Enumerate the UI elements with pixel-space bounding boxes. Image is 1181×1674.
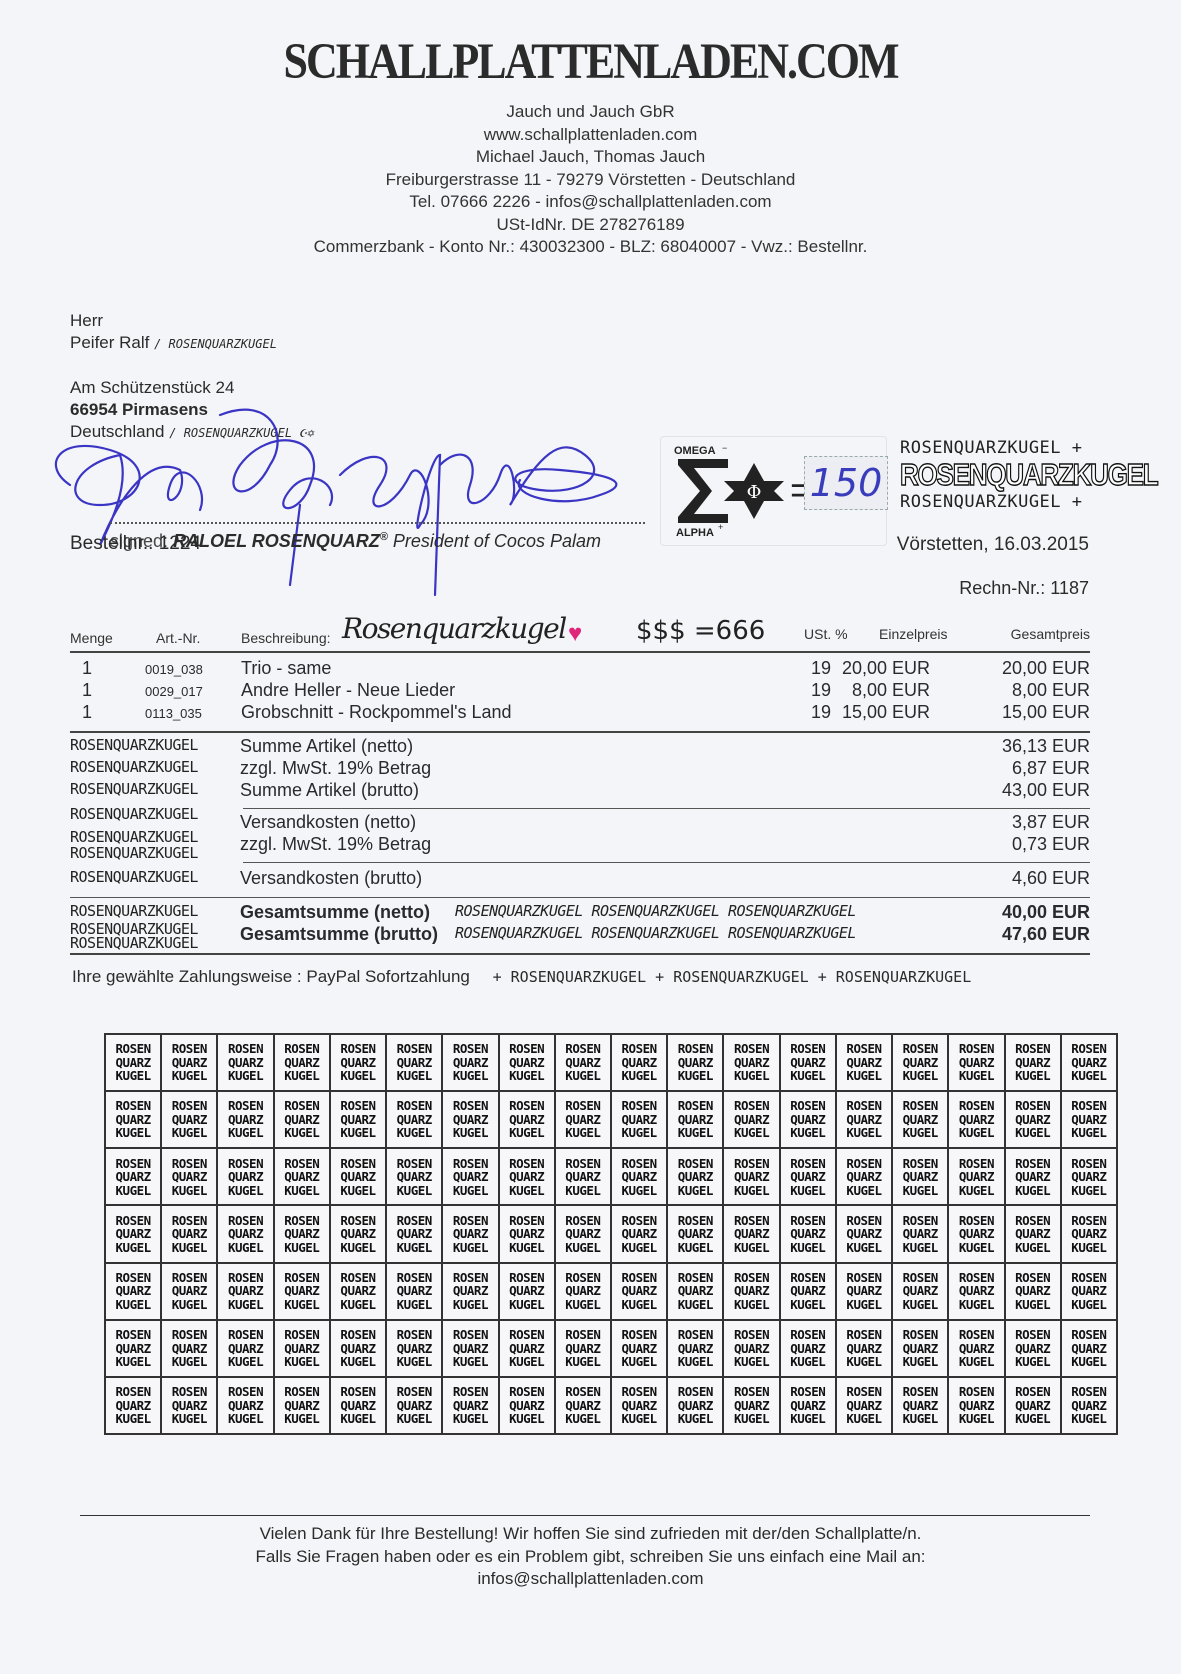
grid-cell-word: ROSEN <box>162 1214 216 1228</box>
grid-cell-word: KUGEL <box>556 1184 610 1198</box>
grid-cell-word: QUARZ <box>1006 1113 1060 1127</box>
grid-cell-word: QUARZ <box>387 1056 441 1070</box>
grid-cell-word: ROSEN <box>387 1099 441 1113</box>
grid-cell-word: ROSEN <box>724 1042 778 1056</box>
grid-cell: ROSENQUARZKUGEL <box>836 1091 892 1148</box>
summary-shipping-vat: ROSENQUARZKUGEL ROSENQUARZKUGEL zzgl. Mw… <box>70 834 1090 856</box>
grid-cell-word: ROSEN <box>781 1157 835 1171</box>
grid-cell-word: QUARZ <box>387 1170 441 1184</box>
grid-cell-word: QUARZ <box>162 1056 216 1070</box>
grid-cell-word: ROSEN <box>949 1385 1003 1399</box>
grid-cell-word: ROSEN <box>893 1214 947 1228</box>
grid-cell-word: KUGEL <box>106 1241 160 1255</box>
grid-cell-word: QUARZ <box>275 1227 329 1241</box>
grid-cell-word: ROSEN <box>724 1214 778 1228</box>
grid-cell: ROSENQUARZKUGEL <box>723 1205 779 1262</box>
grid-cell-word: KUGEL <box>106 1298 160 1312</box>
grid-cell: ROSENQUARZKUGEL <box>1061 1091 1117 1148</box>
grid-cell-word: QUARZ <box>949 1342 1003 1356</box>
grid-cell-word: KUGEL <box>949 1355 1003 1369</box>
item-total-price: 20,00 EUR <box>1002 658 1090 679</box>
grid-cell-word: KUGEL <box>500 1355 554 1369</box>
grid-cell-word: ROSEN <box>1006 1042 1060 1056</box>
grid-cell: ROSENQUARZKUGEL <box>723 1034 779 1091</box>
grid-cell-word: ROSEN <box>500 1099 554 1113</box>
grid-cell-word: QUARZ <box>275 1399 329 1413</box>
grid-cell-word: ROSEN <box>1062 1271 1116 1285</box>
total-gross-annotation: ROSENQUARZKUGEL ROSENQUARZKUGEL ROSENQUA… <box>455 924 856 942</box>
grid-cell: ROSENQUARZKUGEL <box>217 1034 273 1091</box>
grid-cell-word: ROSEN <box>612 1328 666 1342</box>
stamp-line-3: ROSENQUARZKUGEL + <box>900 492 1100 512</box>
grid-cell-word: ROSEN <box>500 1214 554 1228</box>
grid-cell-word: QUARZ <box>500 1056 554 1070</box>
grid-cell-word: ROSEN <box>162 1385 216 1399</box>
summary-amount: 40,00 EUR <box>1002 902 1090 923</box>
grid-cell: ROSENQUARZKUGEL <box>274 1205 330 1262</box>
summary-total-gross: ROSENQUARZKUGEL ROSENQUARZKUGEL Gesamtsu… <box>70 924 1090 946</box>
grid-cell: ROSENQUARZKUGEL <box>386 1263 442 1320</box>
grid-cell-word: KUGEL <box>893 1184 947 1198</box>
item-qty: 1 <box>82 680 92 701</box>
company-website: www.schallplattenladen.com <box>0 124 1181 147</box>
summary-label: Versandkosten (brutto) <box>240 868 422 889</box>
grid-cell-word: QUARZ <box>162 1170 216 1184</box>
stamp-annotations: ROSENQUARZKUGEL + ROSENQUARZKUGEL ROSENQ… <box>900 438 1100 512</box>
grid-cell-word: ROSEN <box>331 1042 385 1056</box>
grid-cell-word: QUARZ <box>443 1227 497 1241</box>
summary-label: zzgl. MwSt. 19% Betrag <box>240 758 431 779</box>
grid-cell-word: KUGEL <box>949 1412 1003 1426</box>
item-unit-price: 20,00 EUR <box>842 658 930 679</box>
grid-cell-word: KUGEL <box>668 1126 722 1140</box>
grid-cell: ROSENQUARZKUGEL <box>555 1205 611 1262</box>
grid-cell: ROSENQUARZKUGEL <box>892 1034 948 1091</box>
grid-cell-word: KUGEL <box>893 1412 947 1426</box>
item-art-no: 0029_017 <box>145 684 203 699</box>
grid-cell-word: QUARZ <box>218 1284 272 1298</box>
grid-cell: ROSENQUARZKUGEL <box>836 1320 892 1377</box>
grid-cell-word: QUARZ <box>443 1399 497 1413</box>
grid-cell: ROSENQUARZKUGEL <box>105 1320 161 1377</box>
grid-cell-word: QUARZ <box>724 1399 778 1413</box>
grid-cell: ROSENQUARZKUGEL <box>499 1263 555 1320</box>
grid-cell-word: KUGEL <box>893 1355 947 1369</box>
grid-cell: ROSENQUARZKUGEL <box>274 1091 330 1148</box>
grid-cell: ROSENQUARZKUGEL <box>386 1320 442 1377</box>
grid-cell-word: QUARZ <box>668 1342 722 1356</box>
grid-cell-word: ROSEN <box>275 1157 329 1171</box>
grid-cell-word: ROSEN <box>331 1099 385 1113</box>
grid-cell-word: QUARZ <box>781 1284 835 1298</box>
grid-cell-word: KUGEL <box>724 1126 778 1140</box>
grid-cell-word: KUGEL <box>331 1355 385 1369</box>
grid-cell: ROSENQUARZKUGEL <box>386 1091 442 1148</box>
recipient-name-line: Peifer Ralf / ROSENQUARZKUGEL <box>70 332 314 355</box>
grid-cell-word: QUARZ <box>837 1056 891 1070</box>
grid-cell: ROSENQUARZKUGEL <box>442 1205 498 1262</box>
header-unit-price: Einzelpreis <box>879 626 947 642</box>
summary-amount: 0,73 EUR <box>1012 834 1090 855</box>
summary-rule-1 <box>243 808 1090 809</box>
grid-cell-word: QUARZ <box>837 1113 891 1127</box>
rosenquarzkugel-grid: ROSENQUARZKUGELROSENQUARZKUGELROSENQUARZ… <box>104 1033 1118 1435</box>
grid-cell-word: ROSEN <box>443 1214 497 1228</box>
registered-mark: ® <box>380 531 388 543</box>
grid-cell-word: QUARZ <box>893 1170 947 1184</box>
grid-cell-word: KUGEL <box>218 1069 272 1083</box>
grid-cell-word: QUARZ <box>781 1399 835 1413</box>
grid-cell: ROSENQUARZKUGEL <box>948 1263 1004 1320</box>
grid-cell-word: QUARZ <box>500 1399 554 1413</box>
grid-cell-word: ROSEN <box>162 1099 216 1113</box>
grid-cell-word: ROSEN <box>724 1157 778 1171</box>
grid-cell: ROSENQUARZKUGEL <box>836 1148 892 1205</box>
grid-cell-word: QUARZ <box>837 1170 891 1184</box>
grid-cell-word: ROSEN <box>781 1385 835 1399</box>
grid-cell-word: ROSEN <box>387 1385 441 1399</box>
grid-cell-word: KUGEL <box>387 1069 441 1083</box>
grid-cell-word: QUARZ <box>612 1056 666 1070</box>
footer-email: infos@schallplattenladen.com <box>0 1568 1181 1591</box>
grid-cell-word: QUARZ <box>387 1399 441 1413</box>
grid-cell-word: KUGEL <box>668 1412 722 1426</box>
grid-cell-word: ROSEN <box>331 1328 385 1342</box>
summary-total-net: ROSENQUARZKUGEL Gesamtsumme (netto) ROSE… <box>70 902 1090 924</box>
grid-cell: ROSENQUARZKUGEL <box>274 1034 330 1091</box>
grid-cell-word: KUGEL <box>612 1355 666 1369</box>
grid-cell-word: QUARZ <box>1062 1342 1116 1356</box>
grid-cell: ROSENQUARZKUGEL <box>499 1148 555 1205</box>
grid-cell: ROSENQUARZKUGEL <box>723 1320 779 1377</box>
grid-cell-word: KUGEL <box>612 1241 666 1255</box>
grid-cell-word: KUGEL <box>162 1126 216 1140</box>
grid-cell-word: ROSEN <box>1006 1099 1060 1113</box>
grid-cell-word: KUGEL <box>1062 1355 1116 1369</box>
grid-cell-word: QUARZ <box>1006 1170 1060 1184</box>
grid-cell: ROSENQUARZKUGEL <box>723 1148 779 1205</box>
grid-cell: ROSENQUARZKUGEL <box>499 1377 555 1434</box>
grid-cell-word: ROSEN <box>500 1271 554 1285</box>
grid-cell: ROSENQUARZKUGEL <box>105 1205 161 1262</box>
summary-label: Summe Artikel (netto) <box>240 736 413 757</box>
grid-cell: ROSENQUARZKUGEL <box>1061 1377 1117 1434</box>
grid-cell-word: QUARZ <box>837 1227 891 1241</box>
grid-cell-word: ROSEN <box>781 1214 835 1228</box>
grid-cell-word: KUGEL <box>1006 1126 1060 1140</box>
grid-cell-word: QUARZ <box>106 1170 160 1184</box>
grid-cell-word: ROSEN <box>668 1385 722 1399</box>
grid-cell: ROSENQUARZKUGEL <box>780 1034 836 1091</box>
grid-cell-word: KUGEL <box>275 1241 329 1255</box>
grid-cell-word: KUGEL <box>668 1241 722 1255</box>
dollar-annotation: $$$ =666 <box>636 616 765 646</box>
grid-cell: ROSENQUARZKUGEL <box>1005 1263 1061 1320</box>
grid-cell: ROSENQUARZKUGEL <box>217 1091 273 1148</box>
grid-cell: ROSENQUARZKUGEL <box>161 1148 217 1205</box>
grid-cell-word: ROSEN <box>218 1157 272 1171</box>
grid-cell-word: QUARZ <box>443 1342 497 1356</box>
grid-cell-word: KUGEL <box>275 1412 329 1426</box>
grid-cell-word: KUGEL <box>500 1126 554 1140</box>
footer-rule <box>80 1515 1090 1516</box>
grid-cell-word: QUARZ <box>1006 1227 1060 1241</box>
summary-tag: ROSENQUARZKUGEL <box>70 805 198 823</box>
grid-cell: ROSENQUARZKUGEL <box>667 1320 723 1377</box>
grid-cell-word: QUARZ <box>1062 1227 1116 1241</box>
grid-cell-word: KUGEL <box>781 1412 835 1426</box>
summary-amount: 36,13 EUR <box>1002 736 1090 757</box>
grid-cell: ROSENQUARZKUGEL <box>274 1320 330 1377</box>
grid-cell-word: QUARZ <box>556 1399 610 1413</box>
grid-cell-word: KUGEL <box>162 1069 216 1083</box>
grid-cell-word: QUARZ <box>837 1342 891 1356</box>
grid-cell: ROSENQUARZKUGEL <box>274 1377 330 1434</box>
grid-cell-word: KUGEL <box>949 1126 1003 1140</box>
grid-cell-word: ROSEN <box>387 1042 441 1056</box>
grid-cell: ROSENQUARZKUGEL <box>948 1148 1004 1205</box>
grid-cell-word: KUGEL <box>668 1298 722 1312</box>
grid-cell-word: KUGEL <box>556 1298 610 1312</box>
summary-items-net: ROSENQUARZKUGEL Summe Artikel (netto) 36… <box>70 736 1090 758</box>
grid-cell-word: KUGEL <box>387 1241 441 1255</box>
grid-cell-word: QUARZ <box>106 1113 160 1127</box>
grid-cell-word: QUARZ <box>275 1342 329 1356</box>
grid-cell-word: QUARZ <box>218 1342 272 1356</box>
grid-cell: ROSENQUARZKUGEL <box>386 1148 442 1205</box>
grid-cell-word: ROSEN <box>837 1328 891 1342</box>
grid-cell: ROSENQUARZKUGEL <box>161 1205 217 1262</box>
payment-method: Ihre gewählte Zahlungsweise : PayPal Sof… <box>72 967 971 987</box>
grid-cell-word: QUARZ <box>443 1056 497 1070</box>
grid-cell-word: ROSEN <box>275 1042 329 1056</box>
grid-cell-word: ROSEN <box>331 1385 385 1399</box>
grid-cell: ROSENQUARZKUGEL <box>1005 1034 1061 1091</box>
grid-cell: ROSENQUARZKUGEL <box>442 1263 498 1320</box>
omega-label: OMEGA <box>674 445 716 457</box>
grid-cell: ROSENQUARZKUGEL <box>667 1034 723 1091</box>
recipient-name-annotation: / ROSENQUARZKUGEL <box>154 337 277 351</box>
grid-cell: ROSENQUARZKUGEL <box>611 1320 667 1377</box>
grid-cell-word: QUARZ <box>331 1284 385 1298</box>
summary-rule-3 <box>70 897 1090 898</box>
grid-cell-word: ROSEN <box>1006 1328 1060 1342</box>
company-contact: Tel. 07666 2226 - infos@schallplattenlad… <box>0 191 1181 214</box>
grid-cell-word: KUGEL <box>218 1126 272 1140</box>
grid-cell-word: QUARZ <box>162 1227 216 1241</box>
grid-cell: ROSENQUARZKUGEL <box>330 1320 386 1377</box>
grid-cell-word: KUGEL <box>893 1298 947 1312</box>
summary-amount: 6,87 EUR <box>1012 758 1090 779</box>
summary-label: zzgl. MwSt. 19% Betrag <box>240 834 431 855</box>
grid-cell-word: KUGEL <box>949 1241 1003 1255</box>
grid-cell-word: KUGEL <box>893 1069 947 1083</box>
grid-cell: ROSENQUARZKUGEL <box>1061 1205 1117 1262</box>
grid-cell-word: QUARZ <box>1062 1113 1116 1127</box>
grid-cell-word: ROSEN <box>893 1271 947 1285</box>
grid-cell-word: ROSEN <box>106 1271 160 1285</box>
grid-cell-word: KUGEL <box>837 1298 891 1312</box>
grid-cell-word: KUGEL <box>443 1069 497 1083</box>
grid-cell-word: KUGEL <box>949 1184 1003 1198</box>
grid-cell: ROSENQUARZKUGEL <box>330 1377 386 1434</box>
grid-cell: ROSENQUARZKUGEL <box>892 1205 948 1262</box>
grid-cell-word: KUGEL <box>837 1126 891 1140</box>
grid-cell-word: KUGEL <box>556 1126 610 1140</box>
grid-cell-word: QUARZ <box>387 1113 441 1127</box>
grid-cell-word: KUGEL <box>893 1126 947 1140</box>
grid-cell-word: QUARZ <box>724 1227 778 1241</box>
grid-cell-word: QUARZ <box>668 1113 722 1127</box>
grid-cell-word: ROSEN <box>387 1328 441 1342</box>
header-total-price: Gesamtpreis <box>1011 626 1090 642</box>
grid-cell-word: KUGEL <box>387 1184 441 1198</box>
summary-tag: ROSENQUARZKUGEL <box>70 844 198 862</box>
grid-cell-word: ROSEN <box>218 1385 272 1399</box>
signature-scribble <box>40 395 660 605</box>
grid-cell-word: KUGEL <box>218 1355 272 1369</box>
grid-cell-word: KUGEL <box>387 1298 441 1312</box>
summary-tag: ROSENQUARZKUGEL <box>70 868 198 886</box>
item-vat: 19 <box>811 702 831 723</box>
grid-cell-word: ROSEN <box>387 1271 441 1285</box>
grid-cell: ROSENQUARZKUGEL <box>386 1205 442 1262</box>
item-qty: 1 <box>82 702 92 723</box>
grid-cell-word: ROSEN <box>162 1042 216 1056</box>
summary-tag: ROSENQUARZKUGEL <box>70 736 198 754</box>
grid-cell-word: ROSEN <box>275 1099 329 1113</box>
grid-cell-word: KUGEL <box>1062 1241 1116 1255</box>
grid-cell-word: QUARZ <box>500 1342 554 1356</box>
grid-cell-word: ROSEN <box>443 1042 497 1056</box>
grid-cell-word: QUARZ <box>556 1170 610 1184</box>
grid-cell-word: KUGEL <box>837 1069 891 1083</box>
grid-cell-word: ROSEN <box>949 1099 1003 1113</box>
summary-label: Gesamtsumme (netto) <box>240 902 430 923</box>
grid-cell-word: QUARZ <box>724 1170 778 1184</box>
grid-cell: ROSENQUARZKUGEL <box>667 1263 723 1320</box>
grid-cell-word: QUARZ <box>556 1227 610 1241</box>
grid-cell: ROSENQUARZKUGEL <box>723 1263 779 1320</box>
grid-cell-word: QUARZ <box>668 1227 722 1241</box>
grid-cell-word: KUGEL <box>162 1355 216 1369</box>
grid-cell: ROSENQUARZKUGEL <box>667 1205 723 1262</box>
grid-cell-word: QUARZ <box>106 1284 160 1298</box>
grid-cell: ROSENQUARZKUGEL <box>217 1377 273 1434</box>
summary-tag: ROSENQUARZKUGEL <box>70 780 198 798</box>
grid-cell-word: QUARZ <box>1062 1399 1116 1413</box>
grid-cell: ROSENQUARZKUGEL <box>442 1034 498 1091</box>
grid-cell-word: KUGEL <box>556 1355 610 1369</box>
grid-cell-word: ROSEN <box>612 1042 666 1056</box>
grid-cell: ROSENQUARZKUGEL <box>555 1034 611 1091</box>
grid-cell: ROSENQUARZKUGEL <box>1061 1148 1117 1205</box>
grid-cell-word: QUARZ <box>218 1170 272 1184</box>
grid-cell-word: ROSEN <box>612 1385 666 1399</box>
summary-rule-2 <box>243 862 1090 863</box>
grid-cell-word: QUARZ <box>949 1170 1003 1184</box>
grid-cell: ROSENQUARZKUGEL <box>780 1263 836 1320</box>
summary-items-gross: ROSENQUARZKUGEL Summe Artikel (brutto) 4… <box>70 780 1090 802</box>
grid-cell: ROSENQUARZKUGEL <box>499 1034 555 1091</box>
stamp-line-2: ROSENQUARZKUGEL <box>900 458 1068 492</box>
grid-cell-word: ROSEN <box>106 1099 160 1113</box>
grid-cell-word: KUGEL <box>1062 1298 1116 1312</box>
grid-cell: ROSENQUARZKUGEL <box>948 1034 1004 1091</box>
grid-cell-word: ROSEN <box>162 1157 216 1171</box>
grid-cell-word: ROSEN <box>106 1042 160 1056</box>
omega-sup: − <box>722 443 727 453</box>
summary-amount: 4,60 EUR <box>1012 868 1090 889</box>
grid-cell-word: ROSEN <box>275 1385 329 1399</box>
grid-cell-word: KUGEL <box>724 1355 778 1369</box>
grid-cell-word: ROSEN <box>837 1099 891 1113</box>
grid-cell-word: ROSEN <box>106 1157 160 1171</box>
grid-cell-word: ROSEN <box>218 1271 272 1285</box>
grid-cell: ROSENQUARZKUGEL <box>1005 1148 1061 1205</box>
grid-cell-word: QUARZ <box>1006 1399 1060 1413</box>
item-unit-price: 15,00 EUR <box>842 702 930 723</box>
grid-cell-word: QUARZ <box>1006 1342 1060 1356</box>
grid-cell-word: QUARZ <box>949 1056 1003 1070</box>
grid-cell-word: QUARZ <box>443 1113 497 1127</box>
grid-cell-word: ROSEN <box>724 1099 778 1113</box>
grid-cell: ROSENQUARZKUGEL <box>499 1091 555 1148</box>
summary-amount: 47,60 EUR <box>1002 924 1090 945</box>
grid-cell-word: ROSEN <box>556 1271 610 1285</box>
grid-cell: ROSENQUARZKUGEL <box>217 1320 273 1377</box>
grid-cell: ROSENQUARZKUGEL <box>161 1320 217 1377</box>
grid-cell-word: KUGEL <box>106 1412 160 1426</box>
grid-cell-word: ROSEN <box>724 1271 778 1285</box>
grid-cell-word: KUGEL <box>331 1241 385 1255</box>
grid-cell-word: KUGEL <box>218 1412 272 1426</box>
footer-thanks: Vielen Dank für Ihre Bestellung! Wir hof… <box>0 1523 1181 1546</box>
grid-cell-word: KUGEL <box>781 1298 835 1312</box>
footer-text: Vielen Dank für Ihre Bestellung! Wir hof… <box>0 1523 1181 1591</box>
grid-cell-word: ROSEN <box>668 1271 722 1285</box>
grid-cell-word: KUGEL <box>331 1126 385 1140</box>
grid-cell-word: ROSEN <box>668 1042 722 1056</box>
grid-cell-word: KUGEL <box>331 1184 385 1198</box>
grid-cell-word: KUGEL <box>724 1298 778 1312</box>
grid-cell-word: ROSEN <box>218 1042 272 1056</box>
grid-cell-word: ROSEN <box>500 1385 554 1399</box>
grid-cell: ROSENQUARZKUGEL <box>780 1377 836 1434</box>
grid-cell: ROSENQUARZKUGEL <box>948 1091 1004 1148</box>
grid-cell-word: QUARZ <box>331 1227 385 1241</box>
grid-cell: ROSENQUARZKUGEL <box>555 1320 611 1377</box>
grid-cell-word: QUARZ <box>500 1170 554 1184</box>
grid-cell-word: ROSEN <box>893 1385 947 1399</box>
grid-cell-word: KUGEL <box>837 1241 891 1255</box>
grid-cell-word: QUARZ <box>387 1342 441 1356</box>
payment-label: Ihre gewählte Zahlungsweise : PayPal Sof… <box>72 967 470 986</box>
grid-cell-word: KUGEL <box>893 1241 947 1255</box>
grid-cell: ROSENQUARZKUGEL <box>836 1377 892 1434</box>
grid-cell-word: ROSEN <box>443 1385 497 1399</box>
grid-cell-word: KUGEL <box>387 1355 441 1369</box>
summary-tag: ROSENQUARZKUGEL <box>70 758 198 776</box>
grid-cell-word: QUARZ <box>275 1284 329 1298</box>
grid-cell: ROSENQUARZKUGEL <box>892 1091 948 1148</box>
grid-cell-word: ROSEN <box>387 1157 441 1171</box>
grid-cell: ROSENQUARZKUGEL <box>555 1091 611 1148</box>
grid-cell-word: QUARZ <box>500 1227 554 1241</box>
grid-cell-word: QUARZ <box>556 1056 610 1070</box>
grid-cell-word: ROSEN <box>500 1157 554 1171</box>
grid-cell-word: QUARZ <box>724 1342 778 1356</box>
